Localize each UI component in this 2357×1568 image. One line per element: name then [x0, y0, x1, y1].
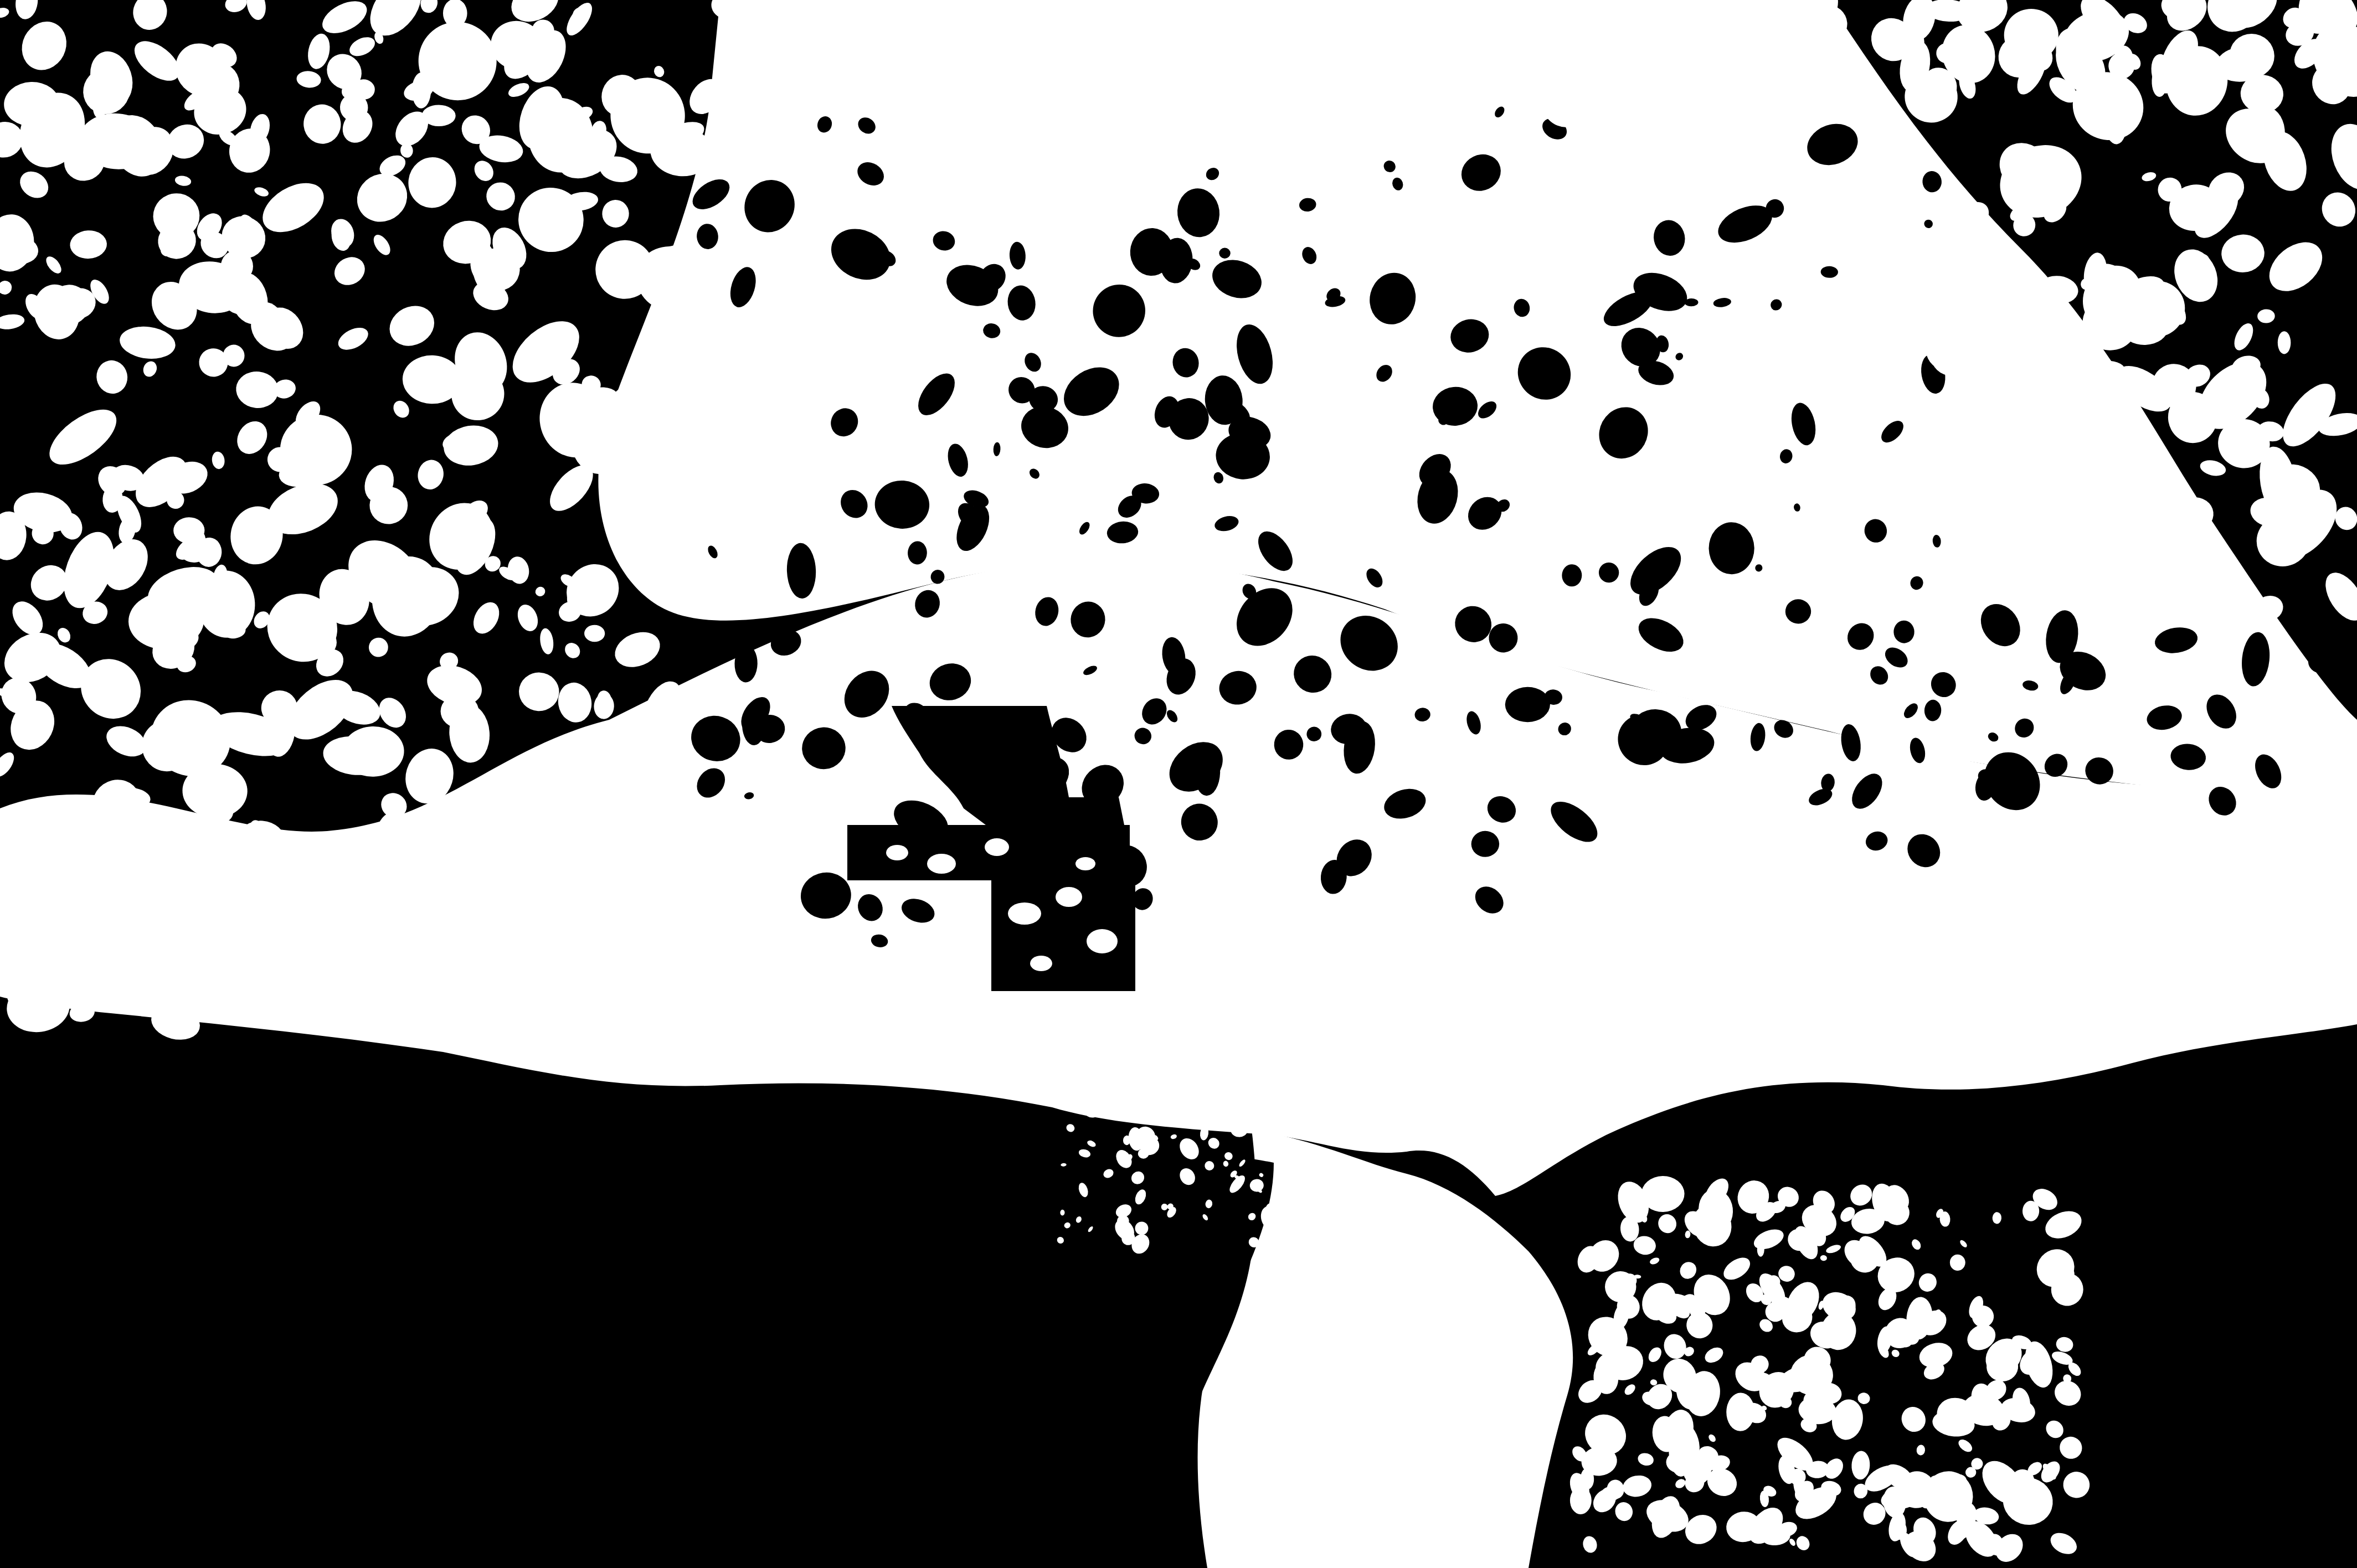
thresholded-photo: [0, 0, 2357, 1568]
